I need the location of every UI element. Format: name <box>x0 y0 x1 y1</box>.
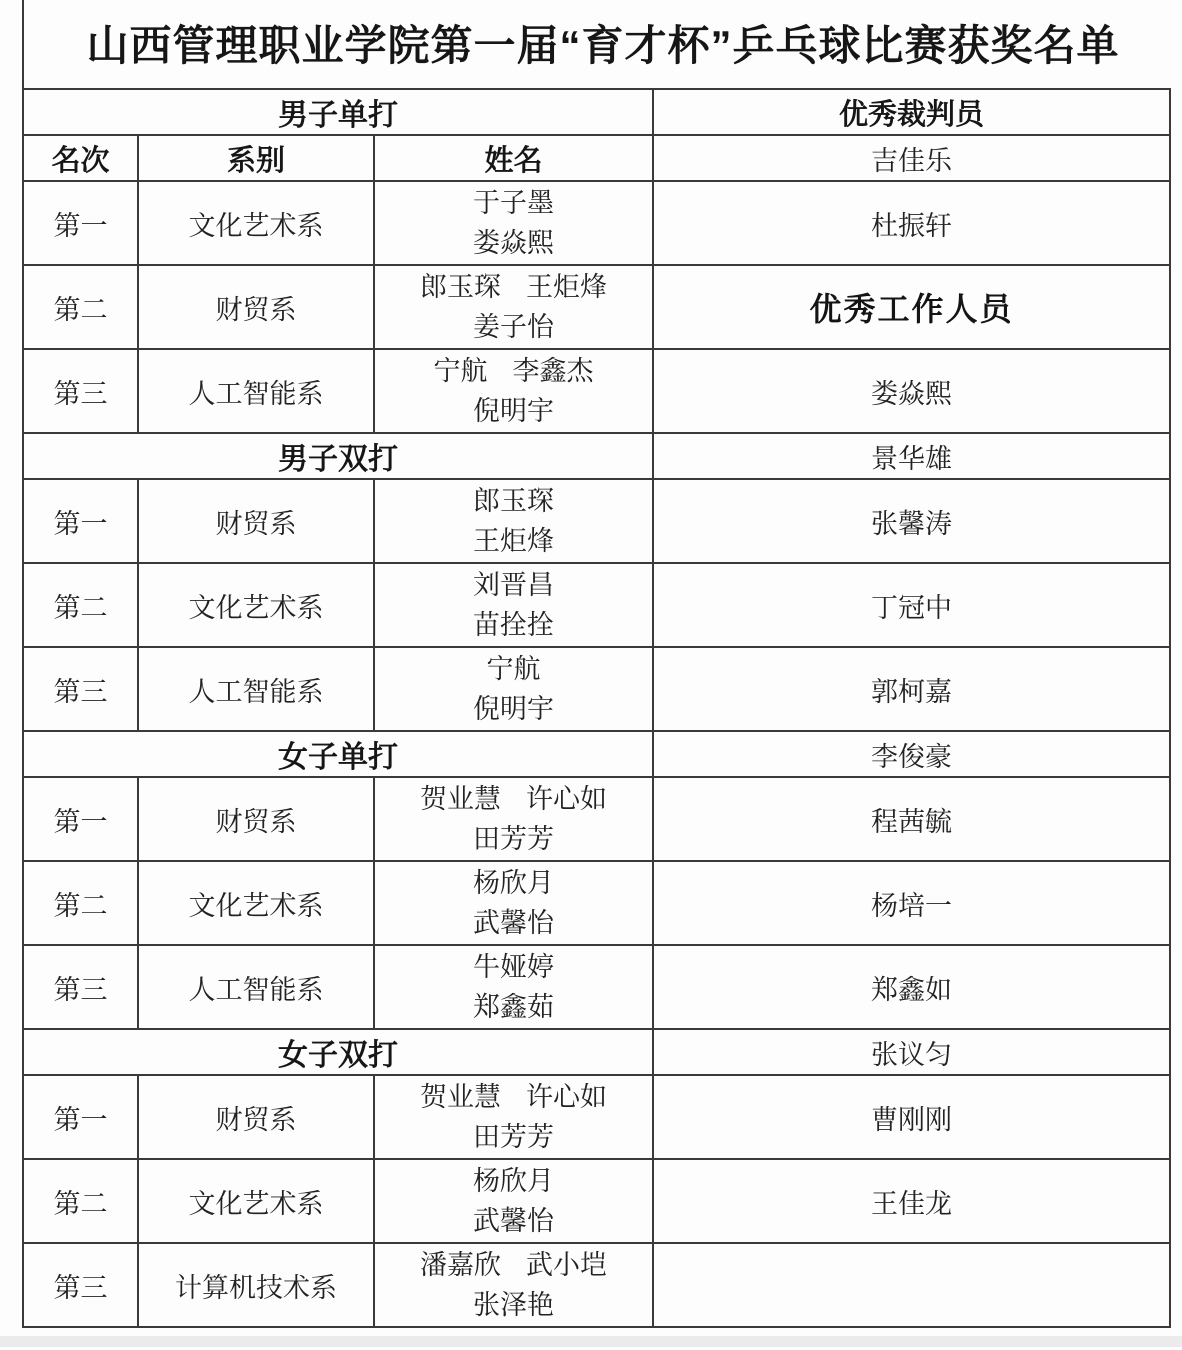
rank-cell: 第三 <box>23 1243 138 1327</box>
rank-cell: 第二 <box>23 861 138 945</box>
department-cell: 人工智能系 <box>138 349 374 433</box>
result-row: 第二 文化艺术系 杨欣月 武馨怡 杨培一 <box>23 861 1170 945</box>
award-name-cell: 杜振轩 <box>653 181 1170 265</box>
winner-name-line: 倪明宇 <box>375 689 652 729</box>
winner-names-cell: 宁航 倪明宇 <box>374 647 653 731</box>
result-row: 第二 财贸系 郎玉琛 王炬烽 姜子怡 优秀工作人员 <box>23 265 1170 349</box>
winner-name-line: 郑鑫茹 <box>375 987 652 1027</box>
award-name-cell: 程茜毓 <box>653 777 1170 861</box>
department-cell: 财贸系 <box>138 777 374 861</box>
rank-cell: 第一 <box>23 479 138 563</box>
department-cell: 文化艺术系 <box>138 181 374 265</box>
result-row: 第二 文化艺术系 刘晋昌 苗拴拴 丁冠中 <box>23 563 1170 647</box>
department-cell: 财贸系 <box>138 265 374 349</box>
winner-names-cell: 贺业慧 许心如 田芳芳 <box>374 777 653 861</box>
winner-name-line: 张泽艳 <box>375 1285 652 1325</box>
rank-cell: 第一 <box>23 1075 138 1159</box>
rank-cell: 第一 <box>23 181 138 265</box>
award-name-cell: 王佳龙 <box>653 1159 1170 1243</box>
rank-cell: 第二 <box>23 563 138 647</box>
section-title: 女子双打 <box>23 1029 653 1075</box>
result-row: 第三 计算机技术系 潘嘉欣 武小垲 张泽艳 <box>23 1243 1170 1327</box>
winner-name-line: 杨欣月 <box>375 863 652 903</box>
winner-name-line: 宁航 李鑫杰 <box>375 351 652 391</box>
name-header-cell: 姓名 <box>374 135 653 181</box>
winner-names-cell: 郎玉琛 王炬烽 <box>374 479 653 563</box>
photo-bottom-strip <box>0 1336 1182 1347</box>
winner-name-line: 郎玉琛 王炬烽 <box>375 267 652 307</box>
department-header-cell: 系别 <box>138 135 374 181</box>
department-cell: 文化艺术系 <box>138 861 374 945</box>
winner-names-cell: 刘晋昌 苗拴拴 <box>374 563 653 647</box>
section-row-mens-doubles: 男子双打 景华雄 <box>23 433 1170 479</box>
award-name-cell: 李俊豪 <box>653 731 1170 777</box>
award-name-cell: 景华雄 <box>653 433 1170 479</box>
winner-name-line: 倪明宇 <box>375 391 652 431</box>
award-name-cell: 张议匀 <box>653 1029 1170 1075</box>
award-name-cell: 吉佳乐 <box>653 135 1170 181</box>
rank-header-cell: 名次 <box>23 135 138 181</box>
winner-name-line: 贺业慧 许心如 <box>375 1077 652 1117</box>
section-row-womens-doubles: 女子双打 张议匀 <box>23 1029 1170 1075</box>
department-cell: 文化艺术系 <box>138 563 374 647</box>
winner-names-cell: 郎玉琛 王炬烽 姜子怡 <box>374 265 653 349</box>
winner-name-line: 于子墨 <box>375 183 652 223</box>
section-row-womens-singles: 女子单打 李俊豪 <box>23 731 1170 777</box>
department-cell: 人工智能系 <box>138 945 374 1029</box>
result-row: 第三 人工智能系 宁航 李鑫杰 倪明宇 娄焱熙 <box>23 349 1170 433</box>
winner-name-line: 姜子怡 <box>375 307 652 347</box>
winner-name-line: 宁航 <box>375 649 652 689</box>
rank-cell: 第二 <box>23 265 138 349</box>
award-sheet: 山西管理职业学院第一届“育才杯”乒乓球比赛获奖名单 男子单打 优秀裁判员 名次 … <box>0 0 1182 1328</box>
result-row: 第三 人工智能系 宁航 倪明宇 郭柯嘉 <box>23 647 1170 731</box>
winner-name-line: 潘嘉欣 武小垲 <box>375 1245 652 1285</box>
department-cell: 财贸系 <box>138 1075 374 1159</box>
winner-names-cell: 贺业慧 许心如 田芳芳 <box>374 1075 653 1159</box>
winner-name-line: 武馨怡 <box>375 1201 652 1241</box>
award-name-cell: 杨培一 <box>653 861 1170 945</box>
section-title: 女子单打 <box>23 731 653 777</box>
result-row: 第三 人工智能系 牛娅婷 郑鑫茹 郑鑫如 <box>23 945 1170 1029</box>
department-cell: 文化艺术系 <box>138 1159 374 1243</box>
rank-cell: 第一 <box>23 777 138 861</box>
winner-name-line: 郎玉琛 <box>375 481 652 521</box>
winner-names-cell: 牛娅婷 郑鑫茹 <box>374 945 653 1029</box>
winner-name-line: 刘晋昌 <box>375 565 652 605</box>
result-row: 第一 文化艺术系 于子墨 娄焱熙 杜振轩 <box>23 181 1170 265</box>
winner-names-cell: 杨欣月 武馨怡 <box>374 1159 653 1243</box>
rank-cell: 第三 <box>23 349 138 433</box>
winner-name-line: 娄焱熙 <box>375 223 652 263</box>
winner-name-line: 武馨怡 <box>375 903 652 943</box>
winner-names-cell: 杨欣月 武馨怡 <box>374 861 653 945</box>
result-row: 第一 财贸系 郎玉琛 王炬烽 张馨涛 <box>23 479 1170 563</box>
winner-names-cell: 于子墨 娄焱熙 <box>374 181 653 265</box>
award-name-cell-empty <box>653 1243 1170 1327</box>
department-cell: 财贸系 <box>138 479 374 563</box>
rank-cell: 第三 <box>23 647 138 731</box>
winner-name-line: 田芳芳 <box>375 819 652 859</box>
award-name-cell: 郑鑫如 <box>653 945 1170 1029</box>
award-name-cell: 曹刚刚 <box>653 1075 1170 1159</box>
winner-name-line: 王炬烽 <box>375 521 652 561</box>
awards-table: 男子单打 优秀裁判员 名次 系别 姓名 吉佳乐 第一 文化艺术系 于子墨 娄焱熙… <box>22 88 1171 1328</box>
winner-name-line: 苗拴拴 <box>375 605 652 645</box>
result-row: 第二 文化艺术系 杨欣月 武馨怡 王佳龙 <box>23 1159 1170 1243</box>
section-title: 男子双打 <box>23 433 653 479</box>
winner-name-line: 贺业慧 许心如 <box>375 779 652 819</box>
rank-cell: 第三 <box>23 945 138 1029</box>
winner-name-line: 杨欣月 <box>375 1161 652 1201</box>
column-header-row: 名次 系别 姓名 吉佳乐 <box>23 135 1170 181</box>
department-cell: 人工智能系 <box>138 647 374 731</box>
award-column-title: 优秀裁判员 <box>653 89 1170 135</box>
winner-names-cell: 宁航 李鑫杰 倪明宇 <box>374 349 653 433</box>
section-title: 男子单打 <box>23 89 653 135</box>
winner-name-line: 田芳芳 <box>375 1117 652 1157</box>
award-name-cell: 郭柯嘉 <box>653 647 1170 731</box>
department-cell: 计算机技术系 <box>138 1243 374 1327</box>
staff-award-title: 优秀工作人员 <box>653 265 1170 349</box>
award-name-cell: 丁冠中 <box>653 563 1170 647</box>
result-row: 第一 财贸系 贺业慧 许心如 田芳芳 曹刚刚 <box>23 1075 1170 1159</box>
award-name-cell: 娄焱熙 <box>653 349 1170 433</box>
winner-names-cell: 潘嘉欣 武小垲 张泽艳 <box>374 1243 653 1327</box>
award-name-cell: 张馨涛 <box>653 479 1170 563</box>
winner-name-line: 牛娅婷 <box>375 947 652 987</box>
page-title: 山西管理职业学院第一届“育才杯”乒乓球比赛获奖名单 <box>22 0 1182 88</box>
section-row-mens-singles: 男子单打 优秀裁判员 <box>23 89 1170 135</box>
rank-cell: 第二 <box>23 1159 138 1243</box>
result-row: 第一 财贸系 贺业慧 许心如 田芳芳 程茜毓 <box>23 777 1170 861</box>
